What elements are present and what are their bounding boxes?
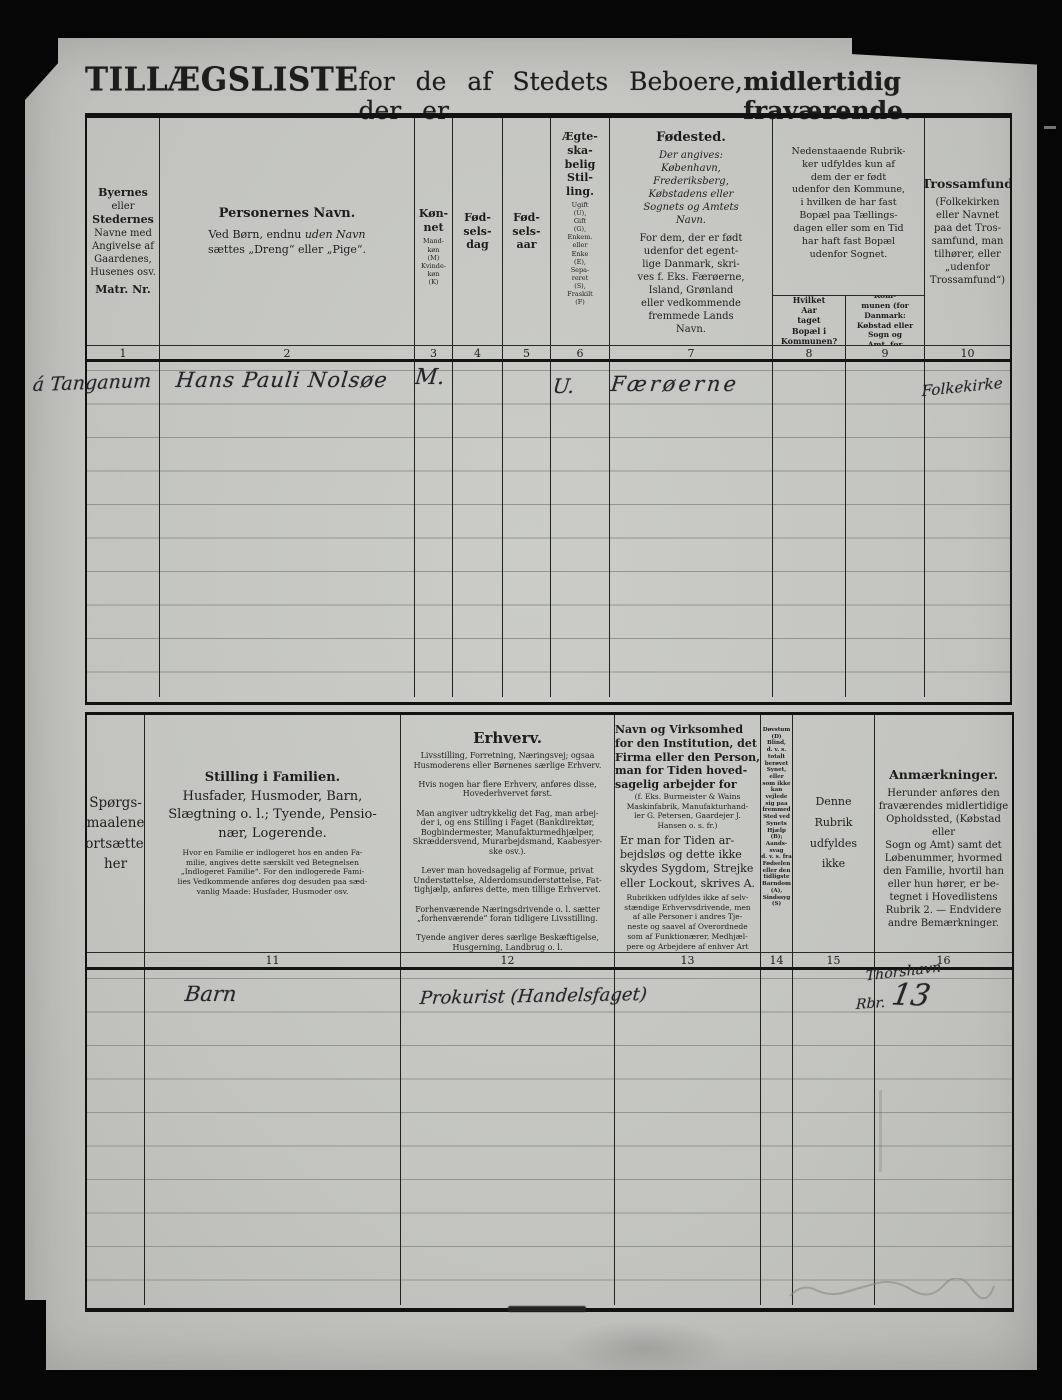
- t2-col13-data: [614, 970, 760, 1305]
- t2-col16-header: Anmærkninger. Herunder anføres den fravæ…: [874, 715, 1012, 952]
- entry-name-handwriting: Hans Pauli Nolsøe: [175, 368, 389, 392]
- t1-col2-sub: Ved Børn, endnu: [208, 228, 301, 241]
- entry-occupation-handwriting: Prokurist (Handelsfaget): [419, 984, 648, 1009]
- t1-col7-body2: For dem, der er født udenfor det egent- …: [637, 232, 744, 336]
- t2-col11-title: Stilling i Familien.: [205, 770, 340, 786]
- t1-col10-body: (Folkekirken eller Navnet paa det Tros- …: [930, 196, 1005, 287]
- t2-col11-data: [144, 970, 400, 1305]
- t2-col12-fine: Livsstilling, Forretning, Næringsvej; og…: [413, 751, 603, 952]
- t2-col16-title: Anmærkninger.: [889, 767, 998, 783]
- entry-remark-number-handwriting: 13: [889, 977, 933, 1013]
- t1-col2-sub2: sættes „Dreng“ eller „Pige“.: [208, 243, 366, 257]
- t1-col1-header: Byernes eller Stedernes Navne med Angive…: [87, 118, 159, 345]
- t1-col4-header: Fød- sels- dag: [452, 118, 502, 345]
- t1-col4-data: [452, 362, 502, 697]
- title-lead: TILLÆGSLISTE: [85, 61, 358, 99]
- t2-col13-body: Er man for Tiden ar- bejdsløs og dette i…: [620, 834, 755, 891]
- t1-col2-title: Personernes Navn.: [219, 206, 356, 222]
- scan-edge-mark: [1044, 126, 1056, 129]
- table-upper: Byernes eller Stedernes Navne med Angive…: [85, 113, 1012, 705]
- t2-col11-fine: Hvor en Familie er indlogeret hos en and…: [178, 848, 368, 897]
- paper-stain: [560, 1320, 730, 1375]
- t2-col15-header: Denne Rubrik udfyldes ikke: [792, 715, 874, 952]
- t1-col8-subheader: Hvilket Aar taget Bopæl i Kommunen?: [772, 295, 845, 345]
- t2-col12-data: [400, 970, 614, 1305]
- entry-marital-handwriting: U.: [552, 374, 576, 398]
- t2-col15-number: 15: [792, 952, 874, 970]
- t2-col13-fine1: (f. Eks. Burmeister & Wains Maskinfabrik…: [627, 792, 749, 831]
- t2-col13-title: Navn og Virksomhed for den Institution, …: [615, 723, 760, 792]
- t1-col1-line: Navne med Angivelse af Gaardenes, Husene…: [90, 227, 156, 279]
- t1-col7-title: Fødested.: [656, 130, 726, 146]
- t1-col2-sub-italic: uden Navn: [305, 228, 366, 241]
- t1-col10-title: Trossamfund: [924, 176, 1010, 192]
- t2-left-note: Spørgs- maalene fortsættes her: [87, 793, 144, 874]
- scanned-census-page: TILLÆGSLISTE for de af Stedets Beboere, …: [0, 0, 1062, 1400]
- entry-sex-handwriting: M.: [414, 365, 446, 390]
- t1-col5-number: 5: [502, 345, 550, 362]
- t1-col10-number: 10: [924, 345, 1010, 362]
- t1-col8-label: Hvilket Aar taget Bopæl i Kommunen?: [781, 295, 837, 345]
- t2-col13-number: 13: [614, 952, 760, 970]
- t2-col14-data: [760, 970, 792, 1305]
- t2-col15-data: [792, 970, 874, 1305]
- t1-col6-header: Ægte- ska- belig Stil- ling. Ugift (U), …: [550, 118, 609, 345]
- t1-col1-line: Byernes: [98, 186, 148, 200]
- t1-col10-header: Trossamfund (Folkekirken eller Navnet pa…: [924, 118, 1010, 345]
- t2-col15-note: Denne Rubrik udfyldes ikke: [810, 792, 857, 876]
- t2-left-number: [87, 952, 144, 970]
- t1-col3-number: 3: [414, 345, 452, 362]
- t1-col1-line: Matr. Nr.: [95, 283, 151, 297]
- printer-mark: [508, 1306, 586, 1312]
- t2-col14-number: 14: [760, 952, 792, 970]
- t1-col2-data: [159, 362, 414, 697]
- t2-col11-number: 11: [144, 952, 400, 970]
- t1-col9-subheader: Sidste Bopæl før Til- flytningen til Kom…: [845, 295, 924, 345]
- t1-col7-data: [609, 362, 772, 697]
- t1-col1-line: eller: [111, 200, 134, 213]
- t1-col9-data: [845, 362, 924, 697]
- t2-col14-codes: Døvstum (D) Blind, d. v. s. totalt berøv…: [761, 727, 792, 908]
- t1-col8-data: [772, 362, 845, 697]
- t2-col12-header: Erhverv. Livsstilling, Forretning, Nærin…: [400, 715, 614, 952]
- t1-col8-number: 8: [772, 345, 845, 362]
- pencil-squiggle: [788, 1278, 998, 1304]
- t1-col3-header: Køn- net Mand- køn (M) Kvinde- køn (K): [414, 118, 452, 345]
- t1-col4-number: 4: [452, 345, 502, 362]
- t2-col11-header: Stilling i Familien. Husfader, Husmoder,…: [144, 715, 400, 952]
- t1-col1-data: [87, 362, 159, 697]
- t1-col10-data: [924, 362, 1010, 697]
- t2-col12-number: 12: [400, 952, 614, 970]
- entry-family-position-handwriting: Barn: [184, 982, 238, 1006]
- t1-col2-number: 2: [159, 345, 414, 362]
- t1-col9-label: Sidste Bopæl før Til- flytningen til Kom…: [846, 295, 924, 345]
- t2-left-header: Spørgs- maalene fortsættes her: [87, 715, 144, 952]
- t1-col7-number: 7: [609, 345, 772, 362]
- t1-col6-number: 6: [550, 345, 609, 362]
- t2-col13-fine2: Rubrikken udfyldes ikke af selv- stændig…: [624, 893, 750, 952]
- scan-corner-bottom-left: [0, 1300, 46, 1400]
- t2-col12-title: Erhverv.: [473, 729, 542, 747]
- t1-col3-data: [414, 362, 452, 697]
- t1-col6-data: [550, 362, 609, 697]
- t1-col8-9-shared-header: Nedenstaaende Rubrik- ker udfyldes kun a…: [772, 118, 924, 295]
- entry-place-handwriting: á Tanganum: [32, 370, 152, 396]
- t1-col2-header: Personernes Navn. Ved Børn, endnu uden N…: [159, 118, 414, 345]
- entry-remark-abbr-handwriting: Rbr.: [856, 995, 886, 1013]
- t1-col3-title: Køn- net: [419, 207, 448, 235]
- t1-col5-data: [502, 362, 550, 697]
- t1-col9-number: 9: [845, 345, 924, 362]
- entry-birthplace-handwriting: Færøerne: [610, 372, 741, 396]
- t1-col5-title: Fød- sels- aar: [512, 211, 540, 252]
- t2-col13-header: Navn og Virksomhed for den Institution, …: [614, 715, 760, 952]
- t1-col1-number: 1: [87, 345, 159, 362]
- t2-col16-data: [874, 970, 1012, 1305]
- scan-streak: [879, 1090, 882, 1172]
- t1-col6-title: Ægte- ska- belig Stil- ling.: [562, 130, 598, 199]
- table-lower: Spørgs- maalene fortsættes her Stilling …: [85, 712, 1014, 1312]
- t2-left-data: [87, 970, 144, 1305]
- t2-col11-body: Husfader, Husmoder, Barn, Slægtning o. l…: [168, 788, 377, 843]
- t1-col7-header: Fødested. Der angives: København, Freder…: [609, 118, 772, 345]
- t1-col4-title: Fød- sels- dag: [463, 211, 491, 252]
- t1-col1-line: Stedernes: [92, 213, 154, 227]
- t2-col14-header: Døvstum (D) Blind, d. v. s. totalt berøv…: [760, 715, 792, 952]
- t1-col5-header: Fød- sels- aar: [502, 118, 550, 345]
- t2-col16-body: Herunder anføres den fraværendes midlert…: [875, 787, 1012, 930]
- t1-col8-9-note: Nedenstaaende Rubrik- ker udfyldes kun a…: [792, 146, 906, 261]
- t1-col3-codes: Mand- køn (M) Kvinde- køn (K): [421, 237, 446, 286]
- t1-col6-codes: Ugift (U), Gift (G), Enkem. eller Enke (…: [567, 201, 593, 307]
- t1-col7-body1: Der angives: København, Frederiksberg, K…: [643, 149, 738, 227]
